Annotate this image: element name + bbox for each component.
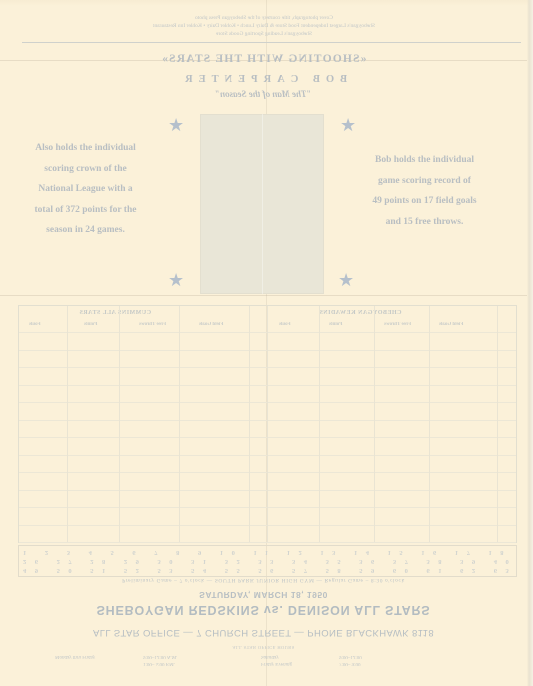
star-icon: ★ — [340, 116, 356, 134]
col-header: Points — [84, 322, 97, 327]
credit-line: Sheboygan's Leading Sporting Goods Store — [153, 30, 375, 38]
table-col-line — [319, 306, 320, 542]
star-icon: ★ — [338, 271, 354, 289]
credits: Cover photograph, title courtesy of the … — [0, 14, 527, 38]
col-header: Points — [329, 322, 342, 327]
table-col-line — [374, 306, 375, 542]
table-col-line — [267, 306, 268, 542]
col-header: Free Throws — [384, 322, 411, 327]
table-col-line — [497, 306, 498, 542]
fold-crease — [0, 295, 527, 296]
star-icon: ★ — [168, 271, 184, 289]
table-row-line — [19, 542, 516, 543]
col-header: Fouls — [279, 322, 291, 327]
col-header: Field Goals — [439, 322, 463, 327]
col-header: Free Throws — [139, 322, 166, 327]
player-name: BOB CARPENTER — [0, 74, 527, 85]
side-text-right: Bob holds the individual game scoring re… — [352, 150, 497, 232]
number-grid: 1 2 3 4 5 6 7 8 9 10 11 12 13 14 15 16 1… — [18, 545, 517, 577]
side-text-left: Also holds the individual scoring crown … — [13, 138, 158, 241]
player-subtitle: "The Man of the Season" — [0, 89, 527, 99]
scoresheet-table: CUMMINS ALL STARS CHEBOYGAN KEWADINS Fou… — [18, 305, 517, 543]
col-header: Fouls — [29, 322, 41, 327]
right-team-header: CHEBOYGAN KEWADINS — [319, 310, 402, 316]
table-col-line — [429, 306, 430, 542]
event-matchup: SHEBOYGAN REDSKINS vs. DENISON ALL STARS — [0, 603, 527, 617]
page-title: «SHOOTING WITH THE STARS» — [0, 53, 527, 65]
credit-line: Cover photograph, title courtesy of the … — [153, 14, 375, 22]
star-icon: ★ — [168, 116, 184, 134]
table-col-line — [249, 306, 250, 542]
left-team-header: CUMMINS ALL STARS — [79, 310, 151, 316]
player-photo — [200, 114, 324, 294]
event-date: SATURDAY, MARCH 18, 1950 — [0, 590, 527, 600]
divider — [22, 42, 521, 43]
office-hours: Monday thru Friday9:00–12:00 A.M. Saturd… — [55, 653, 495, 667]
office-address: ALL STAR OFFICE — 7 CHURCH STREET — PHON… — [0, 627, 527, 638]
col-header: Field Goals — [199, 322, 223, 327]
table-col-line — [119, 306, 120, 542]
table-col-line — [67, 306, 68, 542]
credit-line: Sheboygan's Largest Independent Food Sto… — [153, 22, 375, 30]
office-hours-title: ALL STAR OFFICE HOURS — [0, 645, 527, 650]
table-col-line — [179, 306, 180, 542]
prelim-game-line: Preliminary Game – 7 o'clock — SOUTH PAR… — [0, 577, 527, 583]
